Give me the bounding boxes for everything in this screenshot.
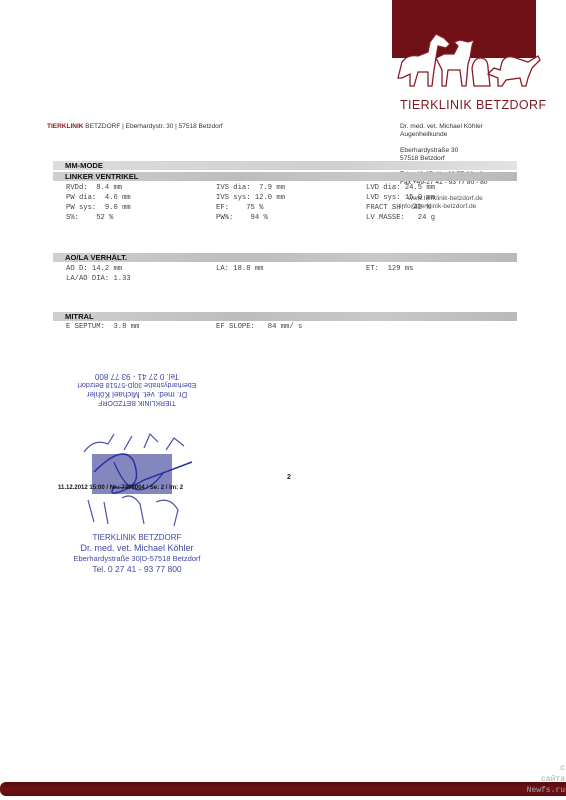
aola-row-2-col-1: LA/AO DIA: 1.33 bbox=[66, 274, 131, 284]
lv-row-1-col-3: LVD dia: 24.5 mm bbox=[366, 183, 435, 193]
lv-row-4-col-3: LV MASSE: 24 g bbox=[366, 213, 435, 223]
stamp-upside-down-line4: Tel. 0 27 41 - 93 77 800 bbox=[52, 372, 222, 381]
doctor-specialty: Augenheilkunde bbox=[400, 131, 447, 139]
section-linker-ventrikel: LINKER VENTRIKEL bbox=[53, 172, 517, 181]
section-mitral: MITRAL bbox=[53, 312, 517, 321]
fax-transmission-header: 11.12.2012 15:00 / Nr.: 7399004 / Se: 2 … bbox=[58, 485, 183, 491]
stamp-line1: TIERKLINIK BETZDORF bbox=[52, 533, 222, 542]
sender-address: BETZDORF | Eberhardystr. 30 | 57518 Betz… bbox=[83, 123, 222, 130]
aola-row-1-col-1: AO D: 14.2 mm bbox=[66, 264, 122, 274]
animals-logo-icon bbox=[388, 28, 548, 94]
lv-row-3-col-1: PW sys: 9.0 mm bbox=[66, 203, 131, 213]
stamp-upside-down-line1: TIERKLINIK BETZDORF bbox=[52, 399, 222, 406]
lv-row-1-col-2: IVS dia: 7.9 mm bbox=[216, 183, 285, 193]
lv-row-2-col-1: PW dia: 4.6 mm bbox=[66, 193, 131, 203]
footer-bar bbox=[0, 782, 566, 796]
lv-row-1-col-1: RVDd: 8.4 mm bbox=[66, 183, 122, 193]
lv-row-3-col-2: EF: 75 % bbox=[216, 203, 263, 213]
lv-row-2-col-2: IVS sys: 12.0 mm bbox=[216, 193, 285, 203]
stamp-line4: Tel. 0 27 41 - 93 77 800 bbox=[52, 564, 222, 574]
logo-clinic-name: TIERKLINIK BETZDORF bbox=[400, 98, 547, 112]
aola-row-1-col-3: ET: 129 ms bbox=[366, 264, 413, 274]
stamp-line2: Dr. med. vet. Michael Köhler bbox=[52, 543, 222, 553]
stamp-upside-down-line2: Dr. med. vet. Michael Köhler bbox=[52, 390, 222, 399]
watermark-line2: сайта bbox=[541, 775, 565, 784]
sender-line: TIERKLINIK BETZDORF | Eberhardystr. 30 |… bbox=[47, 123, 223, 130]
page-number: 2 bbox=[287, 474, 291, 481]
watermark-line3: Newfs.ru bbox=[527, 786, 565, 795]
stamp-upside-down-line3: Eberhardystraße 30|D-57518 Betzdorf bbox=[52, 381, 222, 388]
section-mm-mode: MM-MODE bbox=[53, 161, 517, 170]
aola-row-1-col-2: LA: 18.8 mm bbox=[216, 264, 263, 274]
watermark-line1: с bbox=[560, 764, 565, 773]
stamp-animals-icon bbox=[74, 432, 194, 530]
stamp-line3: Eberhardystraße 30|D-57518 Betzdorf bbox=[52, 554, 222, 563]
lv-row-2-col-3: LVD sys: 15.0 mm bbox=[366, 193, 435, 203]
mitral-row-1-col-2: EF SLOPE: 84 mm/ s bbox=[216, 322, 302, 332]
lv-row-4-col-1: S%: 52 % bbox=[66, 213, 113, 223]
lv-row-3-col-3: FRACT SH: 42 % bbox=[366, 203, 431, 213]
lv-row-4-col-2: PW%: 94 % bbox=[216, 213, 268, 223]
address-street: Eberhardystraße 30 bbox=[400, 147, 458, 155]
clinic-stamp: Tel. 0 27 41 - 93 77 800 Eberhardystraße… bbox=[52, 370, 222, 570]
sender-brand: TIERKLINIK bbox=[47, 123, 83, 130]
doctor-name: Dr. med. vet. Michael Köhler bbox=[400, 123, 483, 131]
mitral-row-1-col-1: E SEPTUM: 3.8 mm bbox=[66, 322, 139, 332]
section-ao-la: AO/LA VERHÄLT. bbox=[53, 253, 517, 262]
